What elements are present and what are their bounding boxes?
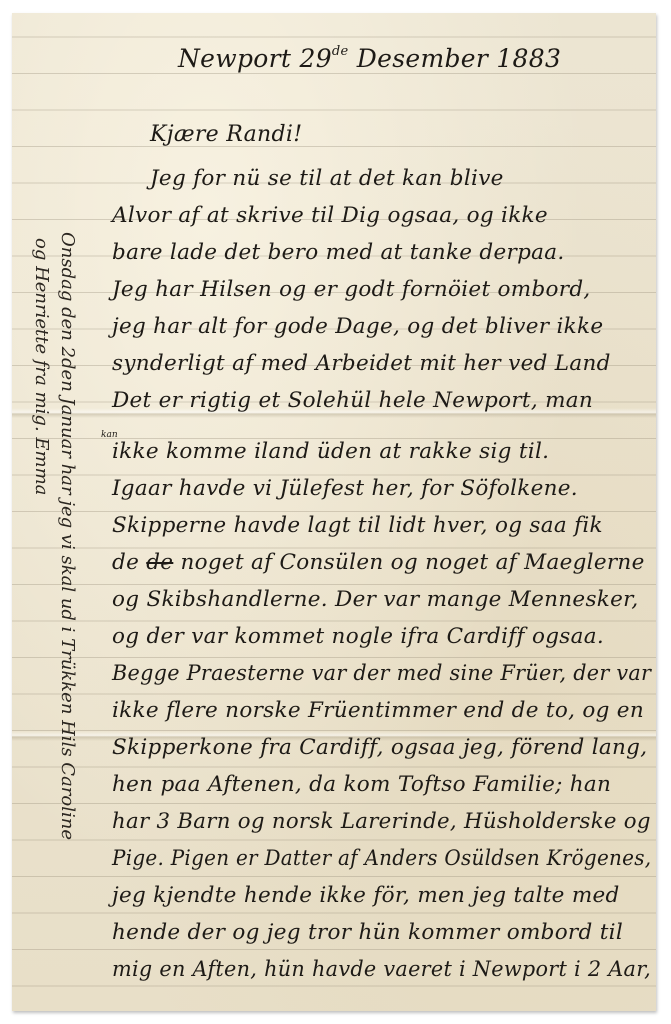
- word-run: noget af Consülen og noget af Maeglerne: [180, 550, 644, 575]
- letter-line: Begge Praesterne var der med sine Früer,…: [112, 661, 651, 686]
- letter-line: Alvor af at skrive til Dig ogsaa, og ikk…: [112, 203, 548, 228]
- date-place: Newport: [178, 44, 291, 73]
- letter-line: og der var kommet nogle ifra Cardiff ogs…: [112, 624, 604, 649]
- letter-date: Newport 29de Desember 1883: [178, 44, 561, 73]
- struck-word: de: [146, 550, 173, 575]
- letter-line: og Skibshandlerne. Der var mange Mennesk…: [112, 587, 638, 612]
- letter-line: ikke komme iland üden at rakke sig til.: [112, 439, 549, 464]
- letter-line: Jeg for nü se til at det kan blive: [150, 166, 504, 191]
- letter-line: har 3 Barn og norsk Larerinde, Hüsholder…: [112, 809, 651, 834]
- date-day: 29: [299, 44, 331, 73]
- salutation: Kjære Randi!: [150, 122, 302, 147]
- letter-line: mig en Aften, hün havde vaeret i Newport…: [112, 957, 651, 982]
- letter-line: bare lade det bero med at tanke derpaa.: [112, 240, 565, 265]
- letter-line: Skipperne havde lagt til lidt hver, og s…: [112, 513, 603, 538]
- letter-line-with-strike: de de noget af Consülen og noget af Maeg…: [112, 550, 645, 575]
- letter-line: hende der og jeg tror hün kommer ombord …: [112, 920, 623, 945]
- date-day-suffix: de: [332, 44, 349, 59]
- letter-line: Det er rigtig et Solehül hele Newport, m…: [112, 388, 593, 413]
- date-month-year: Desember 1883: [357, 44, 561, 73]
- letter-line: Pige. Pigen er Datter af Anders Osüldsen…: [112, 846, 651, 871]
- letter-line: jeg har alt for gode Dage, og det bliver…: [112, 314, 603, 339]
- letter-line: Igaar havde vi Jülefest her, for Söfolke…: [112, 476, 578, 501]
- letter-line: synderligt af med Arbeidet mit her ved L…: [112, 351, 611, 376]
- letter-line: ikke flere norske Früentimmer end de to,…: [112, 698, 644, 723]
- margin-note-1: Onsdag den 2den Januar har jeg vi skal u…: [57, 232, 78, 840]
- letter-line: hen paa Aftenen, da kom Toftso Familie; …: [112, 772, 611, 797]
- letter-line: Skipperkone fra Cardiff, ogsaa jeg, före…: [112, 735, 647, 760]
- word: de: [112, 550, 139, 575]
- letter-line: Jeg har Hilsen og er godt fornöiet ombor…: [112, 277, 591, 302]
- letter-line: jeg kjendte hende ikke för, men jeg talt…: [112, 883, 620, 908]
- margin-note-2: og Henriette fra mig. Emma: [31, 238, 52, 495]
